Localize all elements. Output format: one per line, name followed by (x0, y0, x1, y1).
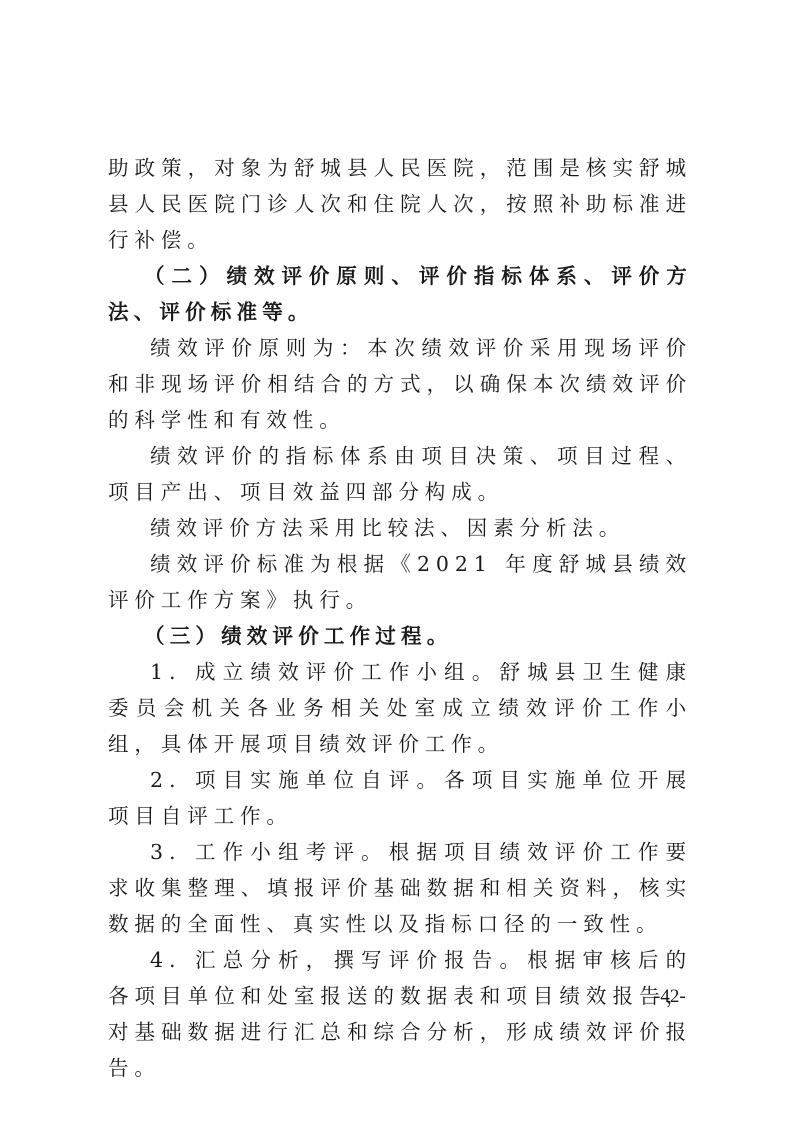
list-item-step-2: 2. 项目实施单位自评。各项目实施单位开展项目自评工作。 (108, 762, 692, 834)
paragraph-evaluation-method: 绩效评价方法采用比较法、因素分析法。 (108, 510, 692, 546)
section-heading-evaluation-process: （三）绩效评价工作过程。 (108, 618, 692, 654)
page-number: -42- (654, 986, 686, 1008)
list-item-step-3: 3. 工作小组考评。根据项目绩效评价工作要求收集整理、填报评价基础数据和相关资料… (108, 834, 692, 942)
document-body: 助政策，对象为舒城县人民医院，范围是核实舒城县人民医院门诊人次和住院人次，按照补… (108, 150, 692, 1086)
document-page: 助政策，对象为舒城县人民医院，范围是核实舒城县人民医院门诊人次和住院人次，按照补… (0, 0, 793, 1122)
paragraph-evaluation-standard: 绩效评价标准为根据《2021 年度舒城县绩效评价工作方案》执行。 (108, 546, 692, 618)
paragraph-indicator-system: 绩效评价的指标体系由项目决策、项目过程、项目产出、项目效益四部分构成。 (108, 438, 692, 510)
list-item-step-4: 4. 汇总分析，撰写评价报告。根据审核后的各项目单位和处室报送的数据表和项目绩效… (108, 942, 692, 1086)
paragraph-evaluation-principle: 绩效评价原则为：本次绩效评价采用现场评价和非现场评价相结合的方式，以确保本次绩效… (108, 330, 692, 438)
paragraph-subsidy-policy: 助政策，对象为舒城县人民医院，范围是核实舒城县人民医院门诊人次和住院人次，按照补… (108, 150, 692, 258)
list-item-step-1: 1. 成立绩效评价工作小组。舒城县卫生健康委员会机关各业务相关处室成立绩效评价工… (108, 654, 692, 762)
section-heading-evaluation-principles: （二）绩效评价原则、评价指标体系、评价方法、评价标准等。 (108, 258, 692, 330)
